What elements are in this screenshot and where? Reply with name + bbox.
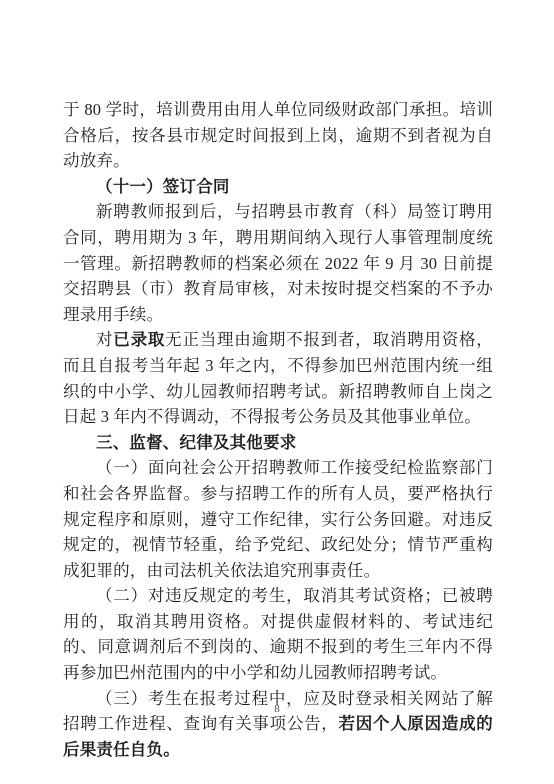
bold-text-segment: 三、监督、纪律及其他要求 <box>96 433 296 452</box>
paragraph: 于 80 学时，培训费用由用人单位同级财政部门承担。培训合格后，按各县市规定时间… <box>63 97 493 174</box>
document-page: 于 80 学时，培训费用由用人单位同级财政部门承担。培训合格后，按各县市规定时间… <box>0 0 554 784</box>
bold-text-segment: 已录取 <box>113 330 165 349</box>
text-segment: 于 80 学时，培训费用由用人单位同级财政部门承担。培训合格后，按各县市规定时间… <box>63 100 493 170</box>
paragraph: 对已录取无正当理由逾期不报到者，取消聘用资格，而且自报考当年起 3 年之内，不得… <box>63 327 493 429</box>
section-heading: 三、监督、纪律及其他要求 <box>63 430 493 456</box>
page-number: 8 <box>0 703 554 715</box>
text-segment: （二）对违反规定的考生，取消其考试资格；已被聘用的，取消其聘用资格。对提供虚假材… <box>63 586 493 682</box>
bold-text-segment: （十一）签订合同 <box>96 177 230 196</box>
section-heading: （十一）签订合同 <box>63 174 493 200</box>
paragraph: 新聘教师报到后，与招聘县市教育（科）局签订聘用合同，聘用期为 3 年，聘用期间纳… <box>63 199 493 327</box>
document-body: 于 80 学时，培训费用由用人单位同级财政部门承担。培训合格后，按各县市规定时间… <box>63 97 493 762</box>
paragraph: （二）对违反规定的考生，取消其考试资格；已被聘用的，取消其聘用资格。对提供虚假材… <box>63 583 493 685</box>
text-segment: 对 <box>96 330 113 349</box>
text-segment: （一）面向社会公开招聘教师工作接受纪检监察部门和社会各界监督。参与招聘工作的所有… <box>63 458 493 579</box>
text-segment: 新聘教师报到后，与招聘县市教育（科）局签订聘用合同，聘用期为 3 年，聘用期间纳… <box>63 202 493 323</box>
paragraph: （三）考生在报考过程中，应及时登录相关网站了解招聘工作进程、查询有关事项公告，若… <box>63 686 493 763</box>
paragraph: （一）面向社会公开招聘教师工作接受纪检监察部门和社会各界监督。参与招聘工作的所有… <box>63 455 493 583</box>
